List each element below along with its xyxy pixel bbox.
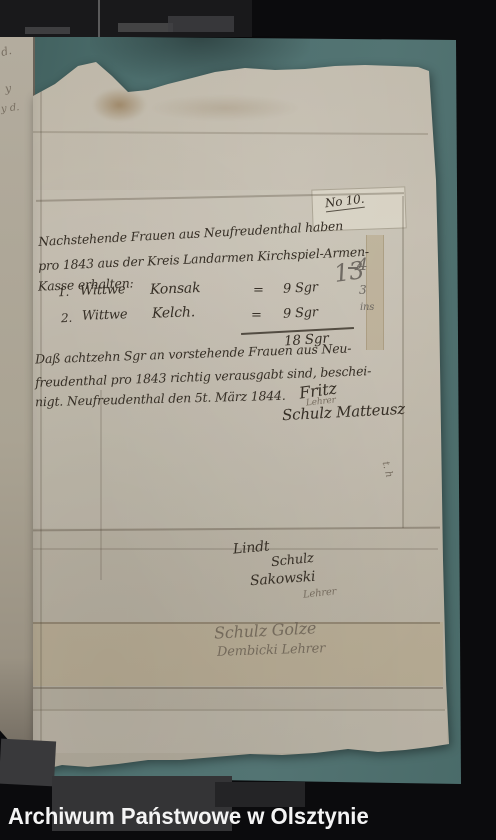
entry-no: 1. bbox=[58, 285, 70, 299]
signature-sakowski: Sakowski bbox=[250, 569, 316, 590]
entry-title: Wittwe bbox=[82, 307, 128, 324]
paper-stain bbox=[92, 88, 147, 122]
pencil-mark-ins: ins bbox=[360, 302, 374, 313]
paper-sheet-wrap: No 10. Nachstehende Frauen aus Neufreude… bbox=[0, 0, 496, 840]
paper-crease bbox=[33, 131, 428, 135]
paper-crease bbox=[33, 709, 445, 711]
archival-document-scan: d. y y d. No 10. Nach bbox=[0, 0, 496, 840]
signature-role: Lehrer bbox=[303, 586, 337, 600]
pencil-mark-3: 3 bbox=[359, 283, 366, 297]
caption-bar: Archiwum Państwowe w Olsztynie bbox=[0, 788, 496, 840]
paper-slip-edge bbox=[402, 196, 404, 528]
paper-slip-edge bbox=[33, 687, 443, 689]
entry-amount: 9 Sgr bbox=[283, 280, 319, 297]
paper-sheet: No 10. Nachstehende Frauen aus Neufreude… bbox=[0, 0, 496, 840]
paper-fold bbox=[100, 390, 102, 580]
paper-stain bbox=[150, 95, 300, 121]
signature-schulz: Schulz bbox=[270, 551, 314, 570]
entry-equals: = bbox=[253, 283, 264, 298]
entry-name: Konsak bbox=[150, 280, 201, 298]
entry-name: Kelch. bbox=[152, 304, 196, 321]
entry-no: 2. bbox=[61, 311, 73, 325]
tape-remnant bbox=[0, 739, 56, 787]
entry-equals: = bbox=[251, 308, 262, 323]
archive-caption: Archiwum Państwowe w Olsztynie bbox=[8, 803, 369, 830]
entry-title: Wittwe bbox=[80, 282, 126, 299]
paper-slip-bottom bbox=[33, 709, 447, 753]
signature-lindt: Lindt bbox=[232, 538, 270, 557]
pencil-dash bbox=[348, 267, 358, 269]
entry-amount: 9 Sgr bbox=[283, 305, 319, 322]
pencil-mark-4: 4 bbox=[357, 255, 368, 275]
